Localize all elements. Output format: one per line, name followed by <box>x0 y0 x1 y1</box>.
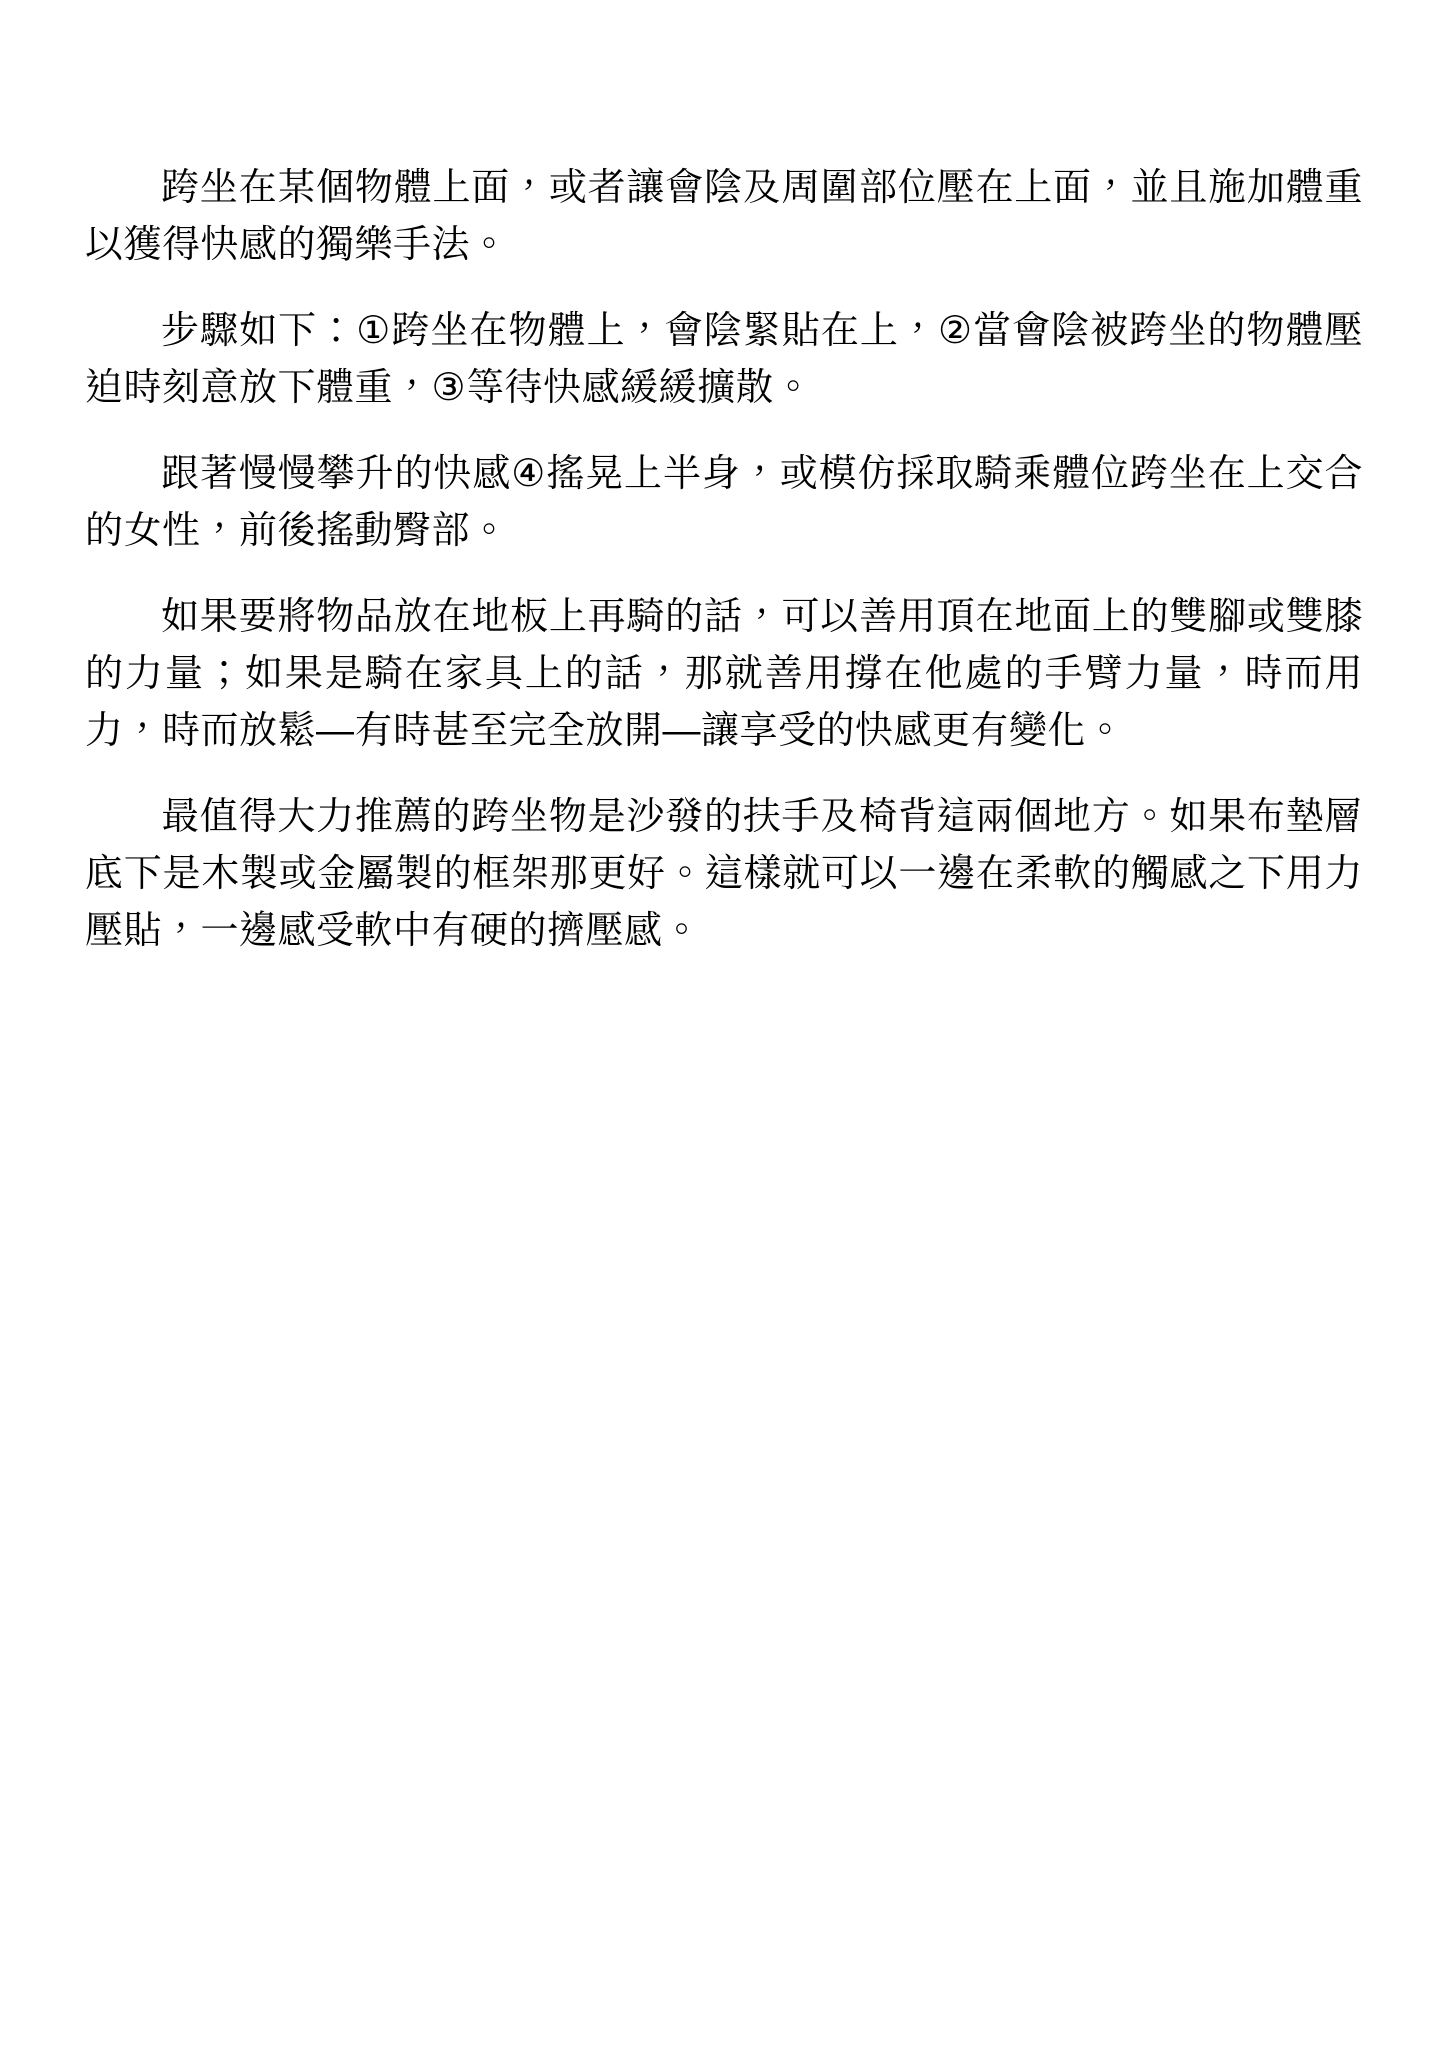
document-page: 跨坐在某個物體上面，或者讓會陰及周圍部位壓在上面，並且施加體重以獲得快感的獨樂手… <box>0 0 1446 2048</box>
paragraph-5: 最值得大力推薦的跨坐物是沙發的扶手及椅背這兩個地方。如果布墊層底下是木製或金屬製… <box>85 789 1363 960</box>
paragraph-4: 如果要將物品放在地板上再騎的話，可以善用頂在地面上的雙腳或雙膝的力量；如果是騎在… <box>85 589 1363 760</box>
paragraph-3: 跟著慢慢攀升的快感④搖晃上半身，或模仿採取騎乘體位跨坐在上交合的女性，前後搖動臀… <box>85 446 1363 560</box>
paragraph-1: 跨坐在某個物體上面，或者讓會陰及周圍部位壓在上面，並且施加體重以獲得快感的獨樂手… <box>85 160 1363 274</box>
paragraph-2: 步驟如下：①跨坐在物體上，會陰緊貼在上，②當會陰被跨坐的物體壓迫時刻意放下體重，… <box>85 303 1363 417</box>
text-block: 跨坐在某個物體上面，或者讓會陰及周圍部位壓在上面，並且施加體重以獲得快感的獨樂手… <box>85 160 1363 989</box>
